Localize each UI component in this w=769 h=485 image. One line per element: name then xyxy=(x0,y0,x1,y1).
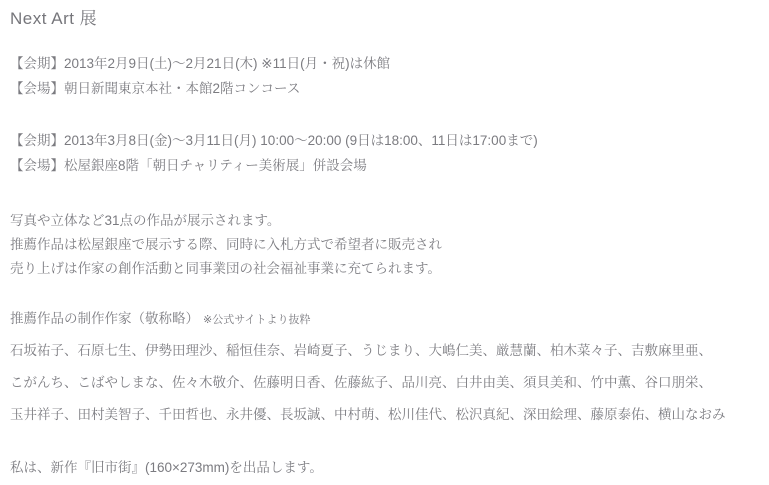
artists-heading: 推薦作品の制作作家（敬称略） xyxy=(10,311,199,326)
event1-venue: 【会場】朝日新聞東京本社・本館2階コンコース xyxy=(10,76,759,101)
page-title: Next Art 展 xyxy=(10,8,759,30)
artists-name-list: 石坂祐子、石原七生、伊勢田理沙、稲恒佳奈、岩崎夏子、うじまり、大嶋仁美、厳慧蘭、… xyxy=(10,335,759,431)
article-page: Next Art 展 【会期】2013年2月9日(土)〜2月21日(木) ※11… xyxy=(0,0,769,485)
closing-statement: 私は、新作『旧市街』(160×273mm)を出品します。 xyxy=(10,456,759,480)
artists-line-1: 石坂祐子、石原七生、伊勢田理沙、稲恒佳奈、岩崎夏子、うじまり、大嶋仁美、厳慧蘭、… xyxy=(10,335,759,367)
description-line-2: 推薦作品は松屋銀座で展示する際、同時に入札方式で希望者に販売され xyxy=(10,233,759,257)
event1-period: 【会期】2013年2月9日(土)〜2月21日(木) ※11日(月・祝)は休館 xyxy=(10,51,759,76)
description-line-3: 売り上げは作家の創作活動と同事業団の社会福祉事業に充てられます。 xyxy=(10,257,759,281)
artists-section: 推薦作品の制作作家（敬称略）※公式サイトより抜粋 石坂祐子、石原七生、伊勢田理沙… xyxy=(10,310,759,431)
event2-venue: 【会場】松屋銀座8階「朝日チャリティー美術展」併設会場 xyxy=(10,153,759,178)
closing-statement-block: 私は、新作『旧市街』(160×273mm)を出品します。 xyxy=(10,456,759,480)
description-line-1: 写真や立体など31点の作品が展示されます。 xyxy=(10,209,759,233)
event2-period: 【会期】2013年3月8日(金)〜3月11日(月) 10:00〜20:00 (9… xyxy=(10,128,759,153)
event-info-asahi: 【会期】2013年2月9日(土)〜2月21日(木) ※11日(月・祝)は休館 【… xyxy=(10,51,759,101)
artists-heading-row: 推薦作品の制作作家（敬称略）※公式サイトより抜粋 xyxy=(10,310,759,329)
exhibition-description: 写真や立体など31点の作品が展示されます。 推薦作品は松屋銀座で展示する際、同時… xyxy=(10,209,759,281)
event-info-matsuya: 【会期】2013年3月8日(金)〜3月11日(月) 10:00〜20:00 (9… xyxy=(10,128,759,178)
artists-line-3: 玉井祥子、田村美智子、千田哲也、永井優、長坂誠、中村萌、松川佳代、松沢真紀、深田… xyxy=(10,399,759,431)
artists-line-2: こがんち、こばやしまな、佐々木敬介、佐藤明日香、佐藤紘子、品川亮、白井由美、須貝… xyxy=(10,367,759,399)
artists-source-note: ※公式サイトより抜粋 xyxy=(203,314,310,326)
